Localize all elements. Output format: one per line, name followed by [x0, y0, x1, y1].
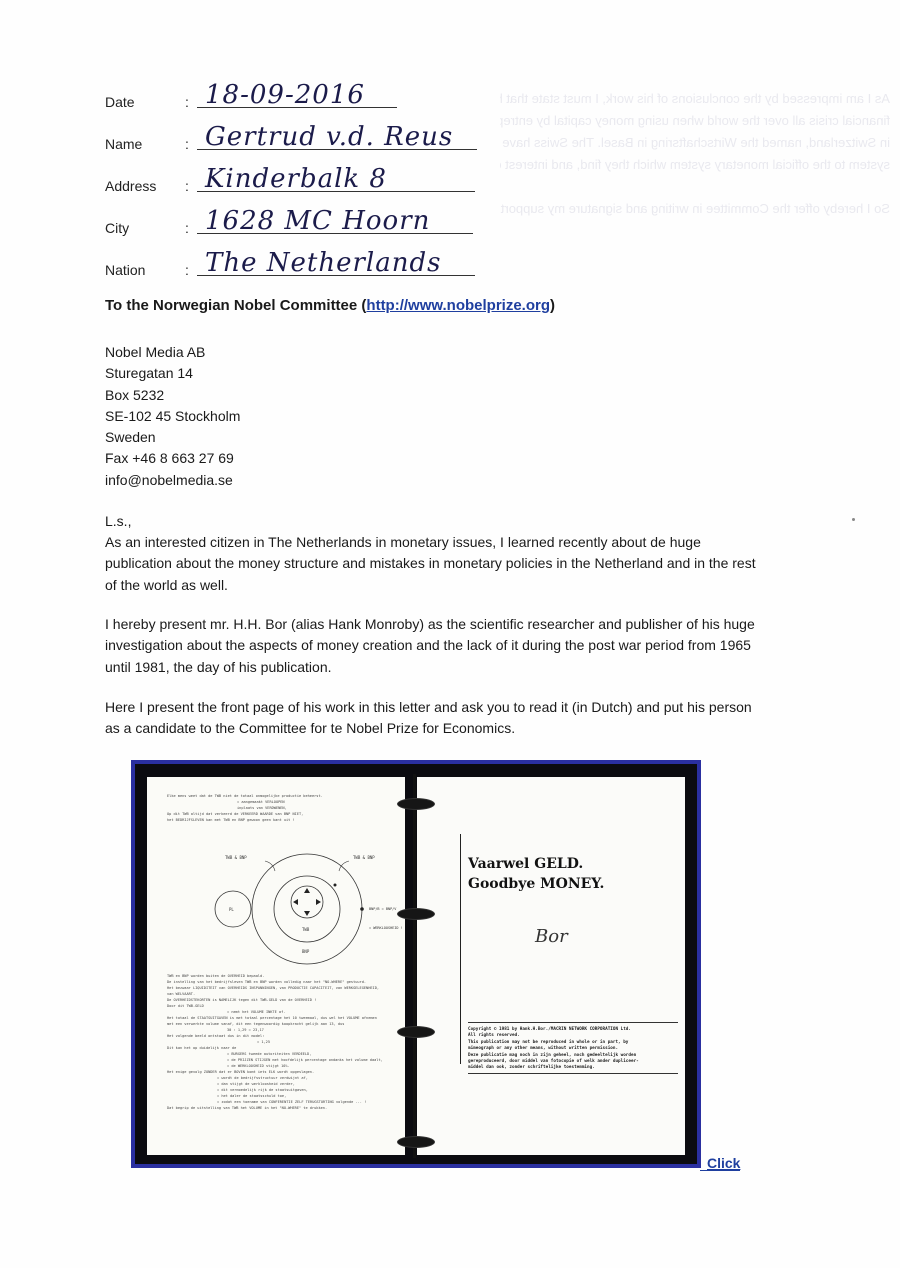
- typed-line: Het bezwaar LIQUIDITEIT van OVERHEIDS IN…: [167, 985, 383, 991]
- colon: :: [185, 136, 189, 152]
- date-field[interactable]: Date : 18-09-2016: [105, 82, 485, 112]
- address-line: SE-102 45 Stockholm: [105, 406, 240, 427]
- nobelprize-link[interactable]: http://www.nobelprize.org: [366, 297, 550, 314]
- nation-value: The Netherlands: [205, 248, 441, 278]
- svg-text:PL: PL: [229, 907, 234, 912]
- bleed-spacer: [500, 176, 890, 198]
- bleed-line: As I am impressed by the conclusions of …: [500, 88, 890, 110]
- money-circle-diagram: TWB & BNP TWB & BNP PL TWB BNP BNP/B = B…: [207, 847, 407, 967]
- cover-title-dutch: Vaarwel GELD.: [468, 854, 604, 874]
- letter-salutation: L.s.,: [105, 511, 765, 532]
- name-field[interactable]: Name : Gertrud v.d. Reus: [105, 124, 505, 154]
- name-label: Name: [105, 136, 142, 152]
- svg-text:TWB: TWB: [302, 927, 310, 932]
- address-line: Sturegatan 14: [105, 363, 240, 384]
- colon: :: [185, 262, 189, 278]
- cover-title-english: Goodbye MONEY.: [468, 874, 604, 894]
- svg-text:= WERKLOOSHEID !: = WERKLOOSHEID !: [369, 926, 403, 930]
- address-value: Kinderbalk 8: [205, 164, 387, 194]
- nation-field[interactable]: Nation : The Netherlands: [105, 250, 505, 280]
- typed-line: Dat begrip de uitstelling van TWB het VO…: [167, 1105, 383, 1111]
- city-field[interactable]: City : 1628 MC Hoorn: [105, 208, 505, 238]
- document-page: As I am impressed by the conclusions of …: [0, 0, 900, 1268]
- typed-text-lower: TWB en BNP worden buiten de OVERHEID bep…: [167, 973, 383, 1111]
- address-field[interactable]: Address : Kinderbalk 8: [105, 166, 505, 196]
- recipient-heading: To the Norwegian Nobel Committee (http:/…: [105, 297, 555, 314]
- svg-text:BNP: BNP: [302, 949, 310, 954]
- nation-label: Nation: [105, 262, 145, 278]
- address-line: Nobel Media AB: [105, 342, 240, 363]
- date-label: Date: [105, 94, 135, 110]
- address-line: Fax +46 8 663 27 69: [105, 448, 240, 469]
- colon: :: [185, 94, 189, 110]
- svg-text:TWB & BNP: TWB & BNP: [353, 855, 375, 860]
- bleed-line: system to the official monetary system w…: [500, 154, 890, 176]
- book-cover-title: Vaarwel GELD. Goodbye MONEY.: [468, 854, 604, 894]
- name-value: Gertrud v.d. Reus: [205, 122, 453, 152]
- recipient-address: Nobel Media AB Sturegatan 14 Box 5232 SE…: [105, 342, 240, 491]
- letter-paragraph-2: I hereby present mr. H.H. Bor (alias Han…: [105, 614, 765, 678]
- bleed-line: financial crisis all over the world when…: [500, 110, 890, 132]
- cover-rule: [460, 834, 461, 1064]
- bleed-through-text: As I am impressed by the conclusions of …: [500, 88, 890, 220]
- left-page: Elke mens weet dat de TWB niet de totaal…: [147, 777, 405, 1155]
- date-value: 18-09-2016: [205, 80, 365, 110]
- address-label: Address: [105, 178, 156, 194]
- book-photo: Elke mens weet dat de TWB niet de totaal…: [131, 760, 701, 1168]
- binder-ring-icon: [397, 908, 435, 920]
- typed-line: het BEDRIJFSLEVEN kan met TWB en BNP gew…: [167, 817, 323, 823]
- letter-paragraph-3: Here I present the front page of his wor…: [105, 697, 765, 740]
- binder-ring-icon: [397, 798, 435, 810]
- copyright-box: Copyright © 1981 by Hank.H.Bor./MACRIN N…: [468, 1022, 678, 1074]
- click-link[interactable]: Click: [707, 1155, 740, 1171]
- email-address: info@nobelmedia.se: [105, 470, 240, 491]
- heading-close: ): [550, 297, 555, 314]
- paper-speck: [852, 518, 855, 521]
- right-page: [417, 777, 685, 1155]
- photo-frame: Elke mens weet dat de TWB niet de totaal…: [135, 764, 697, 1164]
- address-line: Box 5232: [105, 385, 240, 406]
- bleed-line: in Switzerland, named the Wirtschaftsrin…: [500, 132, 890, 154]
- heading-text: To the Norwegian Nobel Committee (: [105, 297, 366, 314]
- svg-text:BNP/B = BNP/V: BNP/B = BNP/V: [369, 907, 397, 911]
- address-line: Sweden: [105, 427, 240, 448]
- colon: :: [185, 220, 189, 236]
- city-label: City: [105, 220, 129, 236]
- colon: :: [185, 178, 189, 194]
- letter-paragraph-1: As an interested citizen in The Netherla…: [105, 532, 765, 596]
- typed-text-top: Elke mens weet dat de TWB niet de totaal…: [167, 793, 323, 823]
- author-signature: Bor: [535, 926, 568, 947]
- copyright-line: middel dan ook, zonder schriftelijke toe…: [468, 1065, 678, 1071]
- city-value: 1628 MC Hoorn: [205, 206, 430, 236]
- copyright-text: Copyright © 1981 by Hank.H.Bor./MACRIN N…: [468, 1023, 678, 1072]
- svg-text:TWB & BNP: TWB & BNP: [225, 855, 247, 860]
- binder-ring-icon: [397, 1026, 435, 1038]
- binder-ring-icon: [397, 1136, 435, 1148]
- binder-spine: [413, 774, 416, 1158]
- bleed-line: So I hereby offer the Committee in writi…: [500, 198, 890, 220]
